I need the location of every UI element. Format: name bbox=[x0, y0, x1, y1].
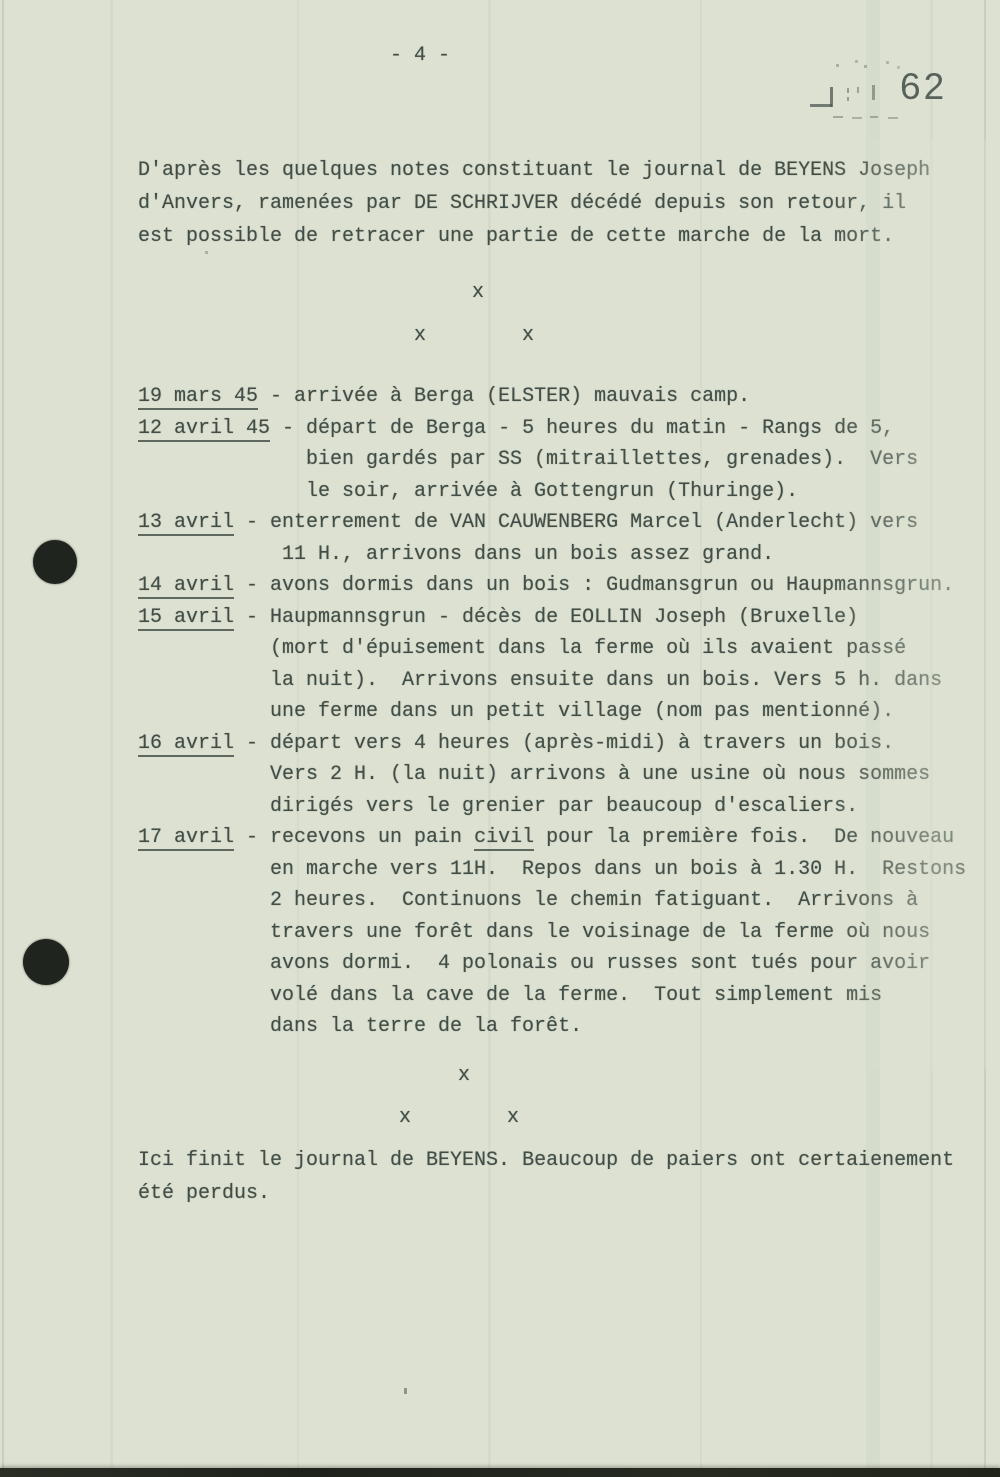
text-segment: D'après les quelques notes constituant l… bbox=[138, 159, 930, 182]
stamp-dash-mark bbox=[870, 116, 878, 118]
typed-line: dans la terre de la forêt. bbox=[138, 1011, 966, 1043]
stamp-dot-mark bbox=[864, 65, 867, 68]
typed-line: été perdus. bbox=[138, 1177, 954, 1210]
paper-streak bbox=[110, 0, 113, 1477]
typed-line: 15 avril - Haupmannsgrun - décès de EOLL… bbox=[138, 602, 966, 634]
paper-streak bbox=[2, 0, 4, 1477]
typed-line: 14 avril - avons dormis dans un bois : G… bbox=[138, 570, 966, 602]
text-segment: 2 heures. Continuons le chemin fatiguant… bbox=[270, 889, 918, 912]
text-segment: - départ vers 4 heures (après-midi) à tr… bbox=[234, 732, 894, 755]
stamp-bracket-mark bbox=[830, 87, 833, 107]
stamp-tick-mark bbox=[847, 97, 849, 101]
underlined-text: 16 avril bbox=[138, 732, 234, 757]
typed-line: est possible de retracer une partie de c… bbox=[138, 220, 930, 253]
stamp-tick-mark bbox=[872, 85, 875, 100]
text-segment: d'Anvers, ramenées par DE SCHRIJVER décé… bbox=[138, 192, 906, 215]
text-segment: travers une forêt dans le voisinage de l… bbox=[270, 921, 930, 944]
document-page: - 4 - 62 D'après les quelques notes cons… bbox=[0, 0, 1000, 1477]
text-segment: - avons dormis dans un bois : Gudmansgru… bbox=[234, 574, 954, 597]
typed-line: d'Anvers, ramenées par DE SCHRIJVER décé… bbox=[138, 187, 930, 220]
typed-line: 13 avril - enterrement de VAN CAUWENBERG… bbox=[138, 507, 966, 539]
text-segment: - arrivée à Berga (ELSTER) mauvais camp. bbox=[258, 385, 750, 408]
stamp-tick-mark bbox=[847, 88, 849, 93]
text-segment: 11 H., arrivons dans un bois assez grand… bbox=[282, 543, 774, 566]
typed-line: bien gardés par SS (mitraillettes, grena… bbox=[138, 444, 966, 476]
text-segment: dirigés vers le grenier par beaucoup d'e… bbox=[270, 795, 858, 818]
text-segment: la nuit). Arrivons ensuite dans un bois.… bbox=[270, 669, 942, 692]
text-segment: avons dormi. 4 polonais ou russes sont t… bbox=[270, 952, 930, 975]
typed-line: 17 avril - recevons un pain civil pour l… bbox=[138, 822, 966, 854]
text-segment: Ici finit le journal de BEYENS. Beaucoup… bbox=[138, 1149, 954, 1172]
text-segment: (mort d'épuisement dans la ferme où ils … bbox=[270, 637, 906, 660]
text-segment: - enterrement de VAN CAUWENBERG Marcel (… bbox=[234, 511, 918, 534]
underlined-text: 14 avril bbox=[138, 574, 234, 599]
text-segment: volé dans la cave de la ferme. Tout simp… bbox=[270, 984, 882, 1007]
underlined-text: 19 mars 45 bbox=[138, 385, 258, 410]
typed-line: D'après les quelques notes constituant l… bbox=[138, 154, 930, 187]
typed-line: 2 heures. Continuons le chemin fatiguant… bbox=[138, 885, 966, 917]
typed-line: volé dans la cave de la ferme. Tout simp… bbox=[138, 980, 966, 1012]
typed-line: en marche vers 11H. Repos dans un bois à… bbox=[138, 854, 966, 886]
scan-bottom-edge bbox=[0, 1468, 1000, 1477]
paper-streak bbox=[984, 0, 986, 1477]
stamp-number: 62 bbox=[900, 66, 947, 108]
ink-speck bbox=[404, 1388, 407, 1394]
typed-line: 16 avril - départ vers 4 heures (après-m… bbox=[138, 728, 966, 760]
typed-line: avons dormi. 4 polonais ou russes sont t… bbox=[138, 948, 966, 980]
typed-line: Ici finit le journal de BEYENS. Beaucoup… bbox=[138, 1144, 954, 1177]
page-number: - 4 - bbox=[390, 44, 450, 67]
text-segment: pour la première fois. De nouveau bbox=[534, 826, 954, 849]
intro-paragraph: D'après les quelques notes constituant l… bbox=[138, 154, 930, 253]
underlined-text: civil bbox=[474, 826, 534, 851]
ink-speck bbox=[205, 251, 208, 254]
typed-line: une ferme dans un petit village (nom pas… bbox=[138, 696, 966, 728]
underlined-text: 12 avril 45 bbox=[138, 417, 270, 442]
stamp-dot-mark bbox=[886, 61, 889, 64]
stamp-dot-mark bbox=[836, 64, 839, 67]
typed-line: 12 avril 45 - départ de Berga - 5 heures… bbox=[138, 413, 966, 445]
journal-entries: 19 mars 45 - arrivée à Berga (ELSTER) ma… bbox=[138, 381, 966, 1043]
typed-line: le soir, arrivée à Gottengrun (Thuringe)… bbox=[138, 476, 966, 508]
text-segment: - recevons un pain bbox=[234, 826, 474, 849]
punch-hole bbox=[33, 540, 77, 584]
stamp-dot-mark bbox=[855, 60, 858, 63]
underlined-text: 17 avril bbox=[138, 826, 234, 851]
section-separator-x: x bbox=[458, 1064, 470, 1087]
text-segment: une ferme dans un petit village (nom pas… bbox=[270, 700, 894, 723]
text-segment: - Haupmannsgrun - décès de EOLLIN Joseph… bbox=[234, 606, 858, 629]
stamp-dash-mark bbox=[833, 116, 843, 118]
stamp-dash-mark bbox=[852, 117, 862, 119]
section-separator-xx: x x bbox=[414, 324, 534, 347]
typed-line: (mort d'épuisement dans la ferme où ils … bbox=[138, 633, 966, 665]
typed-line: 11 H., arrivons dans un bois assez grand… bbox=[138, 539, 966, 571]
typed-line: Vers 2 H. (la nuit) arrivons à une usine… bbox=[138, 759, 966, 791]
stamp-tick-mark bbox=[857, 87, 859, 93]
text-segment: en marche vers 11H. Repos dans un bois à… bbox=[270, 858, 966, 881]
punch-hole bbox=[23, 939, 69, 985]
text-segment: Vers 2 H. (la nuit) arrivons à une usine… bbox=[270, 763, 930, 786]
typed-line: 19 mars 45 - arrivée à Berga (ELSTER) ma… bbox=[138, 381, 966, 413]
closing-paragraph: Ici finit le journal de BEYENS. Beaucoup… bbox=[138, 1144, 954, 1210]
typed-line: la nuit). Arrivons ensuite dans un bois.… bbox=[138, 665, 966, 697]
typed-line: travers une forêt dans le voisinage de l… bbox=[138, 917, 966, 949]
underlined-text: 13 avril bbox=[138, 511, 234, 536]
text-segment: est possible de retracer une partie de c… bbox=[138, 225, 894, 248]
underlined-text: 15 avril bbox=[138, 606, 234, 631]
stamp-dash-mark bbox=[888, 117, 898, 119]
stamp-bracket-mark bbox=[810, 104, 832, 107]
typed-line: dirigés vers le grenier par beaucoup d'e… bbox=[138, 791, 966, 823]
text-segment: bien gardés par SS (mitraillettes, grena… bbox=[306, 448, 918, 471]
section-separator-x: x bbox=[472, 281, 484, 304]
section-separator-xx: x x bbox=[399, 1106, 519, 1129]
text-segment: le soir, arrivée à Gottengrun (Thuringe)… bbox=[306, 480, 798, 503]
text-segment: - départ de Berga - 5 heures du matin - … bbox=[270, 417, 894, 440]
archive-stamp: 62 bbox=[800, 58, 980, 130]
text-segment: été perdus. bbox=[138, 1182, 270, 1205]
text-segment: dans la terre de la forêt. bbox=[270, 1015, 582, 1038]
